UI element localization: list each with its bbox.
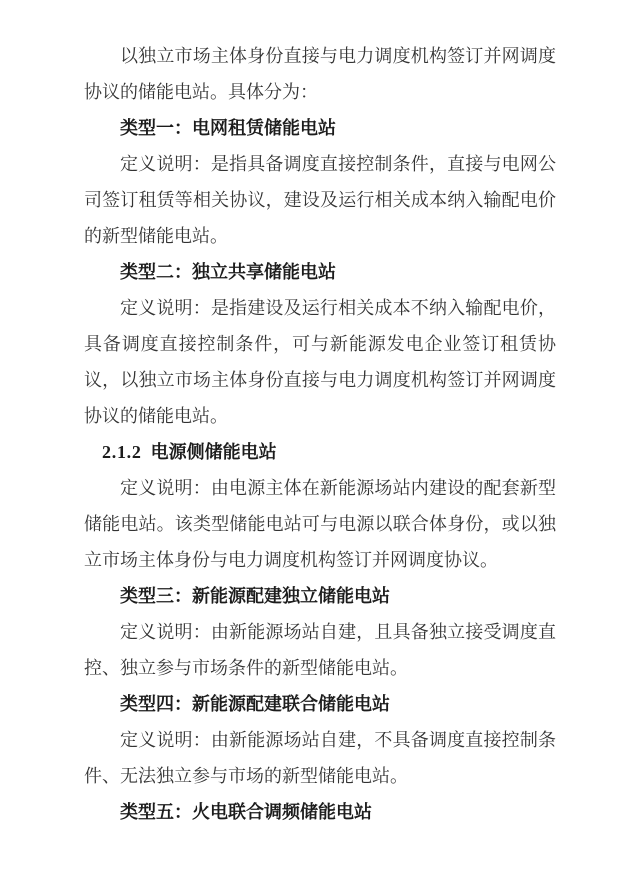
section-heading-type-2: 类型二：独立共享储能电站 [84,254,556,290]
section-title: 电源侧储能电站 [151,442,277,462]
section-heading-type-5: 类型五：火电联合调频储能电站 [84,794,556,830]
definition-paragraph-type-3: 定义说明：由新能源场站自建，且具备独立接受调度直控、独立参与市场条件的新型储能电… [84,614,556,686]
section-heading-type-3: 类型三：新能源配建独立储能电站 [84,578,556,614]
definition-paragraph-type-1: 定义说明：是指具备调度直接控制条件，直接与电网公司签订租赁等相关协议，建设及运行… [84,146,556,254]
document-page: 以独立市场主体身份直接与电力调度机构签订并网调度协议的储能电站。具体分为： 类型… [0,0,622,887]
definition-paragraph-power-side: 定义说明：由电源主体在新能源场站内建设的配套新型储能电站。该类型储能电站可与电源… [84,470,556,578]
section-heading-2-1-2: 2.1.2电源侧储能电站 [84,434,556,470]
intro-paragraph: 以独立市场主体身份直接与电力调度机构签订并网调度协议的储能电站。具体分为： [84,38,556,110]
section-number: 2.1.2 [102,442,142,462]
definition-paragraph-type-4: 定义说明：由新能源场站自建，不具备调度直接控制条件、无法独立参与市场的新型储能电… [84,722,556,794]
definition-paragraph-type-2: 定义说明：是指建设及运行相关成本不纳入输配电价，具备调度直接控制条件，可与新能源… [84,290,556,434]
section-heading-type-1: 类型一：电网租赁储能电站 [84,110,556,146]
section-heading-type-4: 类型四：新能源配建联合储能电站 [84,686,556,722]
document-body: 以独立市场主体身份直接与电力调度机构签订并网调度协议的储能电站。具体分为： 类型… [0,0,622,887]
